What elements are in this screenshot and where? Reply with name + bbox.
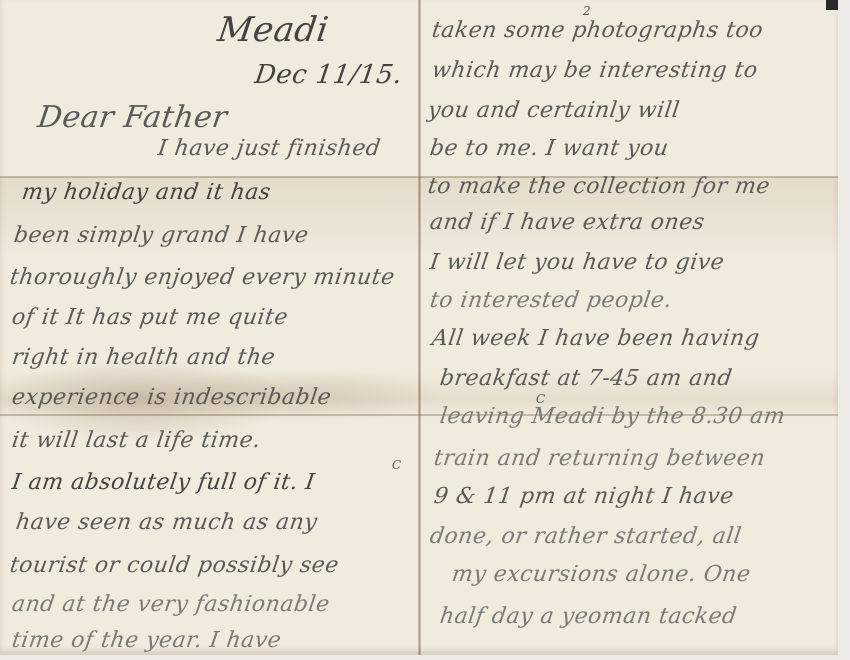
right-line-13: 9 & 11 pm at night I have xyxy=(432,484,735,509)
left-line-6: right in health and the xyxy=(10,345,277,370)
margin-mark-left: C xyxy=(392,458,401,472)
left-line-1: I have just finished xyxy=(156,136,382,161)
right-line-1: taken some photographs too xyxy=(430,18,765,43)
right-line-11: leaving Meadi by the 8.30 am xyxy=(438,404,787,429)
right-line-6: and if I have extra ones xyxy=(428,210,706,235)
right-line-15: my excursions alone. One xyxy=(450,562,752,587)
right-line-8: to interested people. xyxy=(428,288,673,313)
left-line-12: and at the very fashionable xyxy=(10,592,331,617)
scan-edge xyxy=(826,0,838,10)
right-line-9: All week I have been having xyxy=(430,326,761,351)
letter-date: Dec 11/15. xyxy=(253,60,404,90)
right-line-3: you and certainly will xyxy=(426,98,681,123)
left-line-11: tourist or could possibly see xyxy=(8,553,340,578)
right-line-10: breakfast at 7-45 am and xyxy=(438,366,734,391)
right-line-16: half day a yeoman tacked xyxy=(438,604,738,629)
page-number: 2 xyxy=(583,4,591,18)
left-line-10: have seen as much as any xyxy=(14,510,319,535)
right-line-7: I will let you have to give xyxy=(428,250,726,275)
left-line-9: I am absolutely full of it. I xyxy=(10,470,316,495)
left-line-2: my holiday and it has xyxy=(20,180,272,205)
left-line-5: of it It has put me quite xyxy=(10,305,289,330)
right-line-4: be to me. I want you xyxy=(428,136,670,161)
letter-sheet: Meadi Dec 11/15. Dear Father I have just… xyxy=(0,0,838,655)
left-line-8: it will last a life time. xyxy=(10,428,262,453)
vertical-fold-line xyxy=(418,0,421,655)
left-line-13: time of the year. I have xyxy=(10,628,283,653)
left-line-7: experience is indescribable xyxy=(10,385,333,410)
left-line-4: thoroughly enjoyed every minute xyxy=(8,265,396,290)
right-line-2: which may be interesting to xyxy=(430,58,759,83)
right-line-5: to make the collection for me xyxy=(426,174,771,199)
salutation: Dear Father xyxy=(36,100,230,135)
left-line-3: been simply grand I have xyxy=(12,223,310,248)
right-line-12: train and returning between xyxy=(432,446,767,471)
right-line-14: done, or rather started, all xyxy=(428,524,743,549)
letter-place: Meadi xyxy=(215,10,331,50)
margin-mark-right: C xyxy=(536,392,545,406)
